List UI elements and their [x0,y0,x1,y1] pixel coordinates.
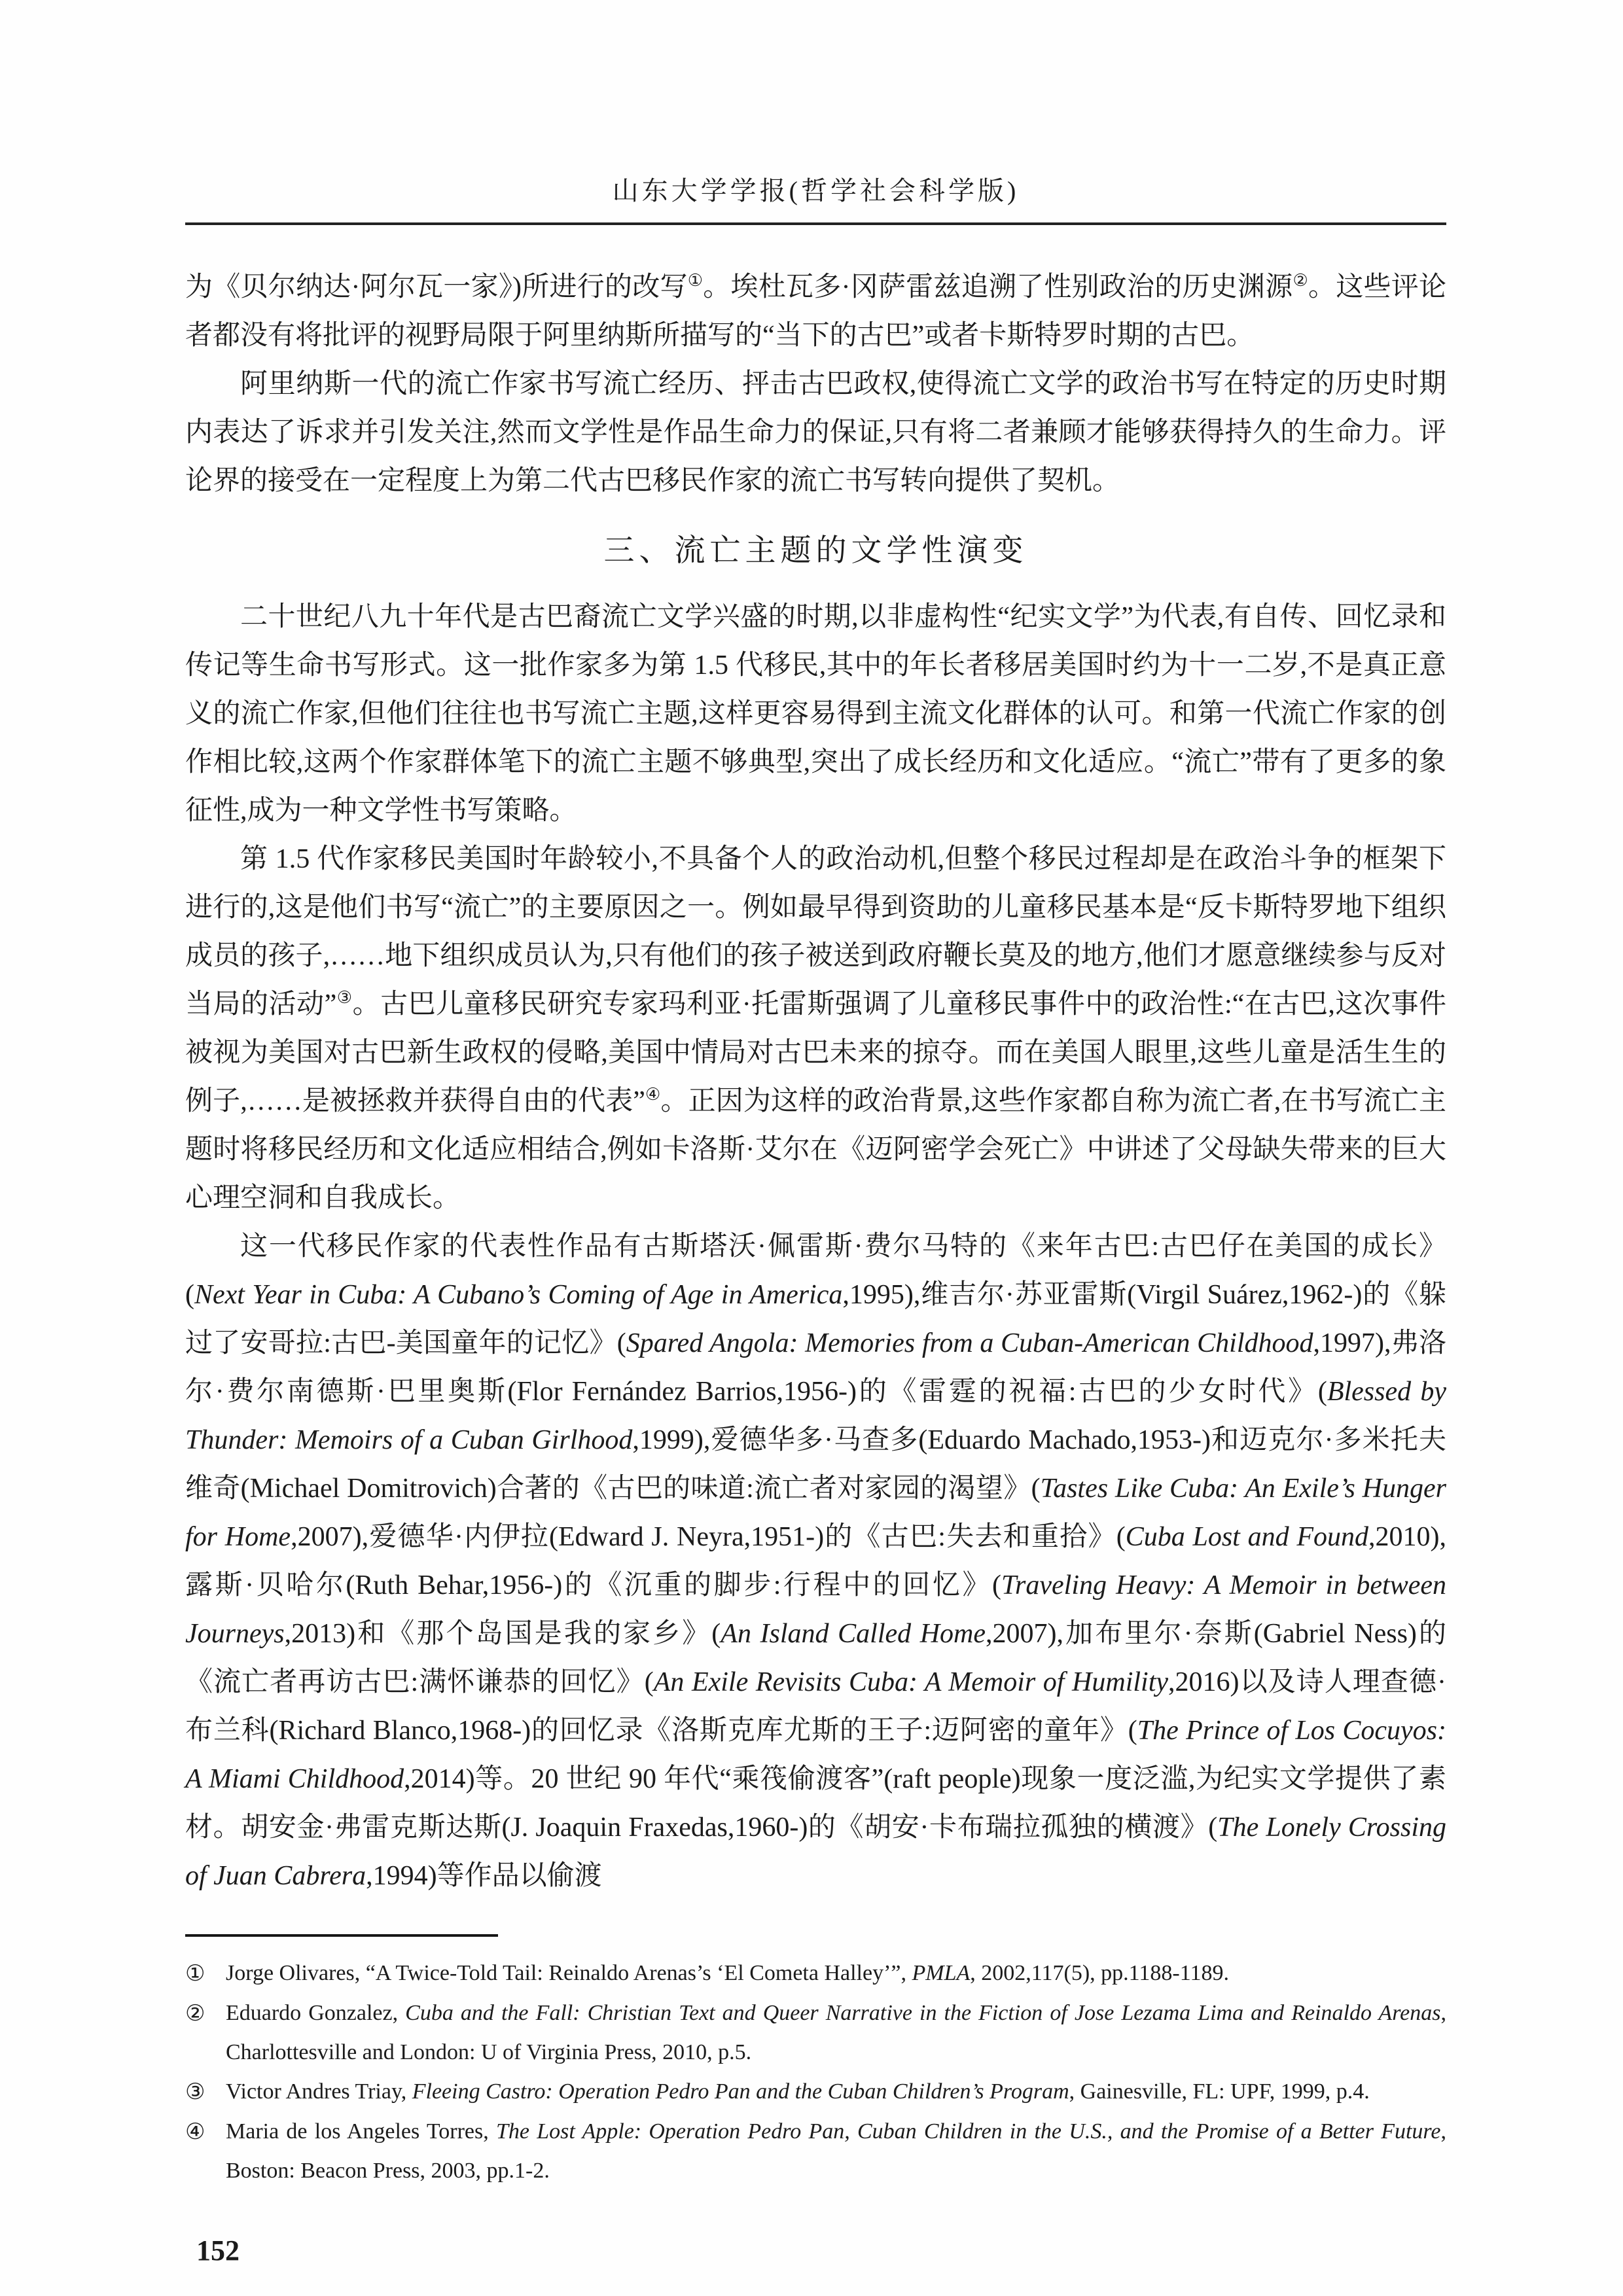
footnote-ref: ① [688,271,704,290]
body-text: Jorge Olivares, “A Twice-Told Tail: Rein… [226,1961,912,1985]
book-title-english: Cuba Lost and Found [1126,1522,1368,1552]
footnote-number: ④ [185,2112,226,2152]
footnote-item: ②Eduardo Gonzalez, Cuba and the Fall: Ch… [185,1994,1446,2072]
footnote-item: ④Maria de los Angeles Torres, The Lost A… [185,2112,1446,2191]
book-title-english: The Lost Apple: Operation Pedro Pan, Cub… [496,2119,1441,2144]
paragraph: 二十世纪八九十年代是古巴裔流亡文学兴盛的时期,以非虚构性“纪实文学”为代表,有自… [185,593,1446,835]
footnote-text: Victor Andres Triay, Fleeing Castro: Ope… [226,2072,1446,2111]
section-heading: 三、流亡主题的文学性演变 [185,531,1446,571]
footnote-text: Maria de los Angeles Torres, The Lost Ap… [226,2112,1446,2191]
footnote-ref: ③ [336,988,352,1007]
paragraph: 为《贝尔纳达·阿尔瓦一家》)所进行的改写①。埃杜瓦多·冈萨雷兹追溯了性别政治的历… [185,263,1446,360]
book-title-english: Fleeing Castro: Operation Pedro Pan and … [412,2079,1069,2104]
paragraph: 这一代移民作家的代表性作品有古斯塔沃·佩雷斯·费尔马特的《来年古巴:古巴仔在美国… [185,1222,1446,1900]
body-text: 阿里纳斯一代的流亡作家书写流亡经历、抨击古巴政权,使得流亡文学的政治书写在特定的… [185,369,1446,496]
body-text: , Gainesville, FL: UPF, 1999, p.4. [1069,2079,1370,2104]
body-text: Victor Andres Triay, [226,2079,412,2104]
footnotes: ①Jorge Olivares, “A Twice-Told Tail: Rei… [185,1954,1446,2191]
paragraph: 第 1.5 代作家移民美国时年龄较小,不具备个人的政治动机,但整个移民过程却是在… [185,835,1446,1222]
header-rule [185,222,1446,225]
body-text: Maria de los Angeles Torres, [226,2119,496,2144]
footnote-text: Jorge Olivares, “A Twice-Told Tail: Rein… [226,1954,1446,1993]
page-number: 152 [196,2234,240,2267]
book-title-english: Next Year in Cuba: A Cubano’s Coming of … [194,1280,842,1310]
footnote-ref: ④ [645,1085,661,1104]
footnote-item: ①Jorge Olivares, “A Twice-Told Tail: Rei… [185,1954,1446,1994]
footnote-text: Eduardo Gonzalez, Cuba and the Fall: Chr… [226,1994,1446,2072]
body-text: Eduardo Gonzalez, [226,2001,405,2025]
book-title-english: Cuba and the Fall: Christian Text and Qu… [405,2001,1440,2025]
footnote-number: ① [185,1954,226,1994]
body-text: ,2007),爱德华·内伊拉(Edward J. Neyra,1951-)的《古… [291,1522,1126,1552]
body-text: , 2002,117(5), pp.1188-1189. [970,1961,1229,1985]
book-title-english: An Island Called Home [721,1619,986,1649]
body-text: 为《贝尔纳达·阿尔瓦一家》)所进行的改写 [185,272,688,302]
body-text: 二十世纪八九十年代是古巴裔流亡文学兴盛的时期,以非虚构性“纪实文学”为代表,有自… [185,602,1446,826]
body-text: 。埃杜瓦多·冈萨雷兹追溯了性别政治的历史渊源 [703,272,1293,302]
book-title-english: An Exile Revisits Cuba: A Memoir of Humi… [654,1667,1168,1697]
book-title-english: PMLA [912,1961,971,1985]
footnote-number: ③ [185,2072,226,2112]
paragraph: 阿里纳斯一代的流亡作家书写流亡经历、抨击古巴政权,使得流亡文学的政治书写在特定的… [185,360,1446,505]
journal-page: 山东大学学报(哲学社会科学版) 为《贝尔纳达·阿尔瓦一家》)所进行的改写①。埃杜… [0,0,1623,2296]
footnote-ref: ② [1293,271,1308,290]
footnote-separator [185,1934,498,1937]
footnote-item: ③Victor Andres Triay, Fleeing Castro: Op… [185,2072,1446,2112]
running-head: 山东大学学报(哲学社会科学版) [185,174,1446,225]
journal-title: 山东大学学报(哲学社会科学版) [185,174,1446,208]
book-title-english: Spared Angola: Memories from a Cuban-Ame… [626,1328,1313,1358]
body-text: ,1994)等作品以偷渡 [366,1861,602,1891]
article-body: 为《贝尔纳达·阿尔瓦一家》)所进行的改写①。埃杜瓦多·冈萨雷兹追溯了性别政治的历… [185,263,1446,1900]
body-text: ,2013)和《那个岛国是我的家乡》( [285,1619,721,1649]
footnote-number: ② [185,1994,226,2034]
